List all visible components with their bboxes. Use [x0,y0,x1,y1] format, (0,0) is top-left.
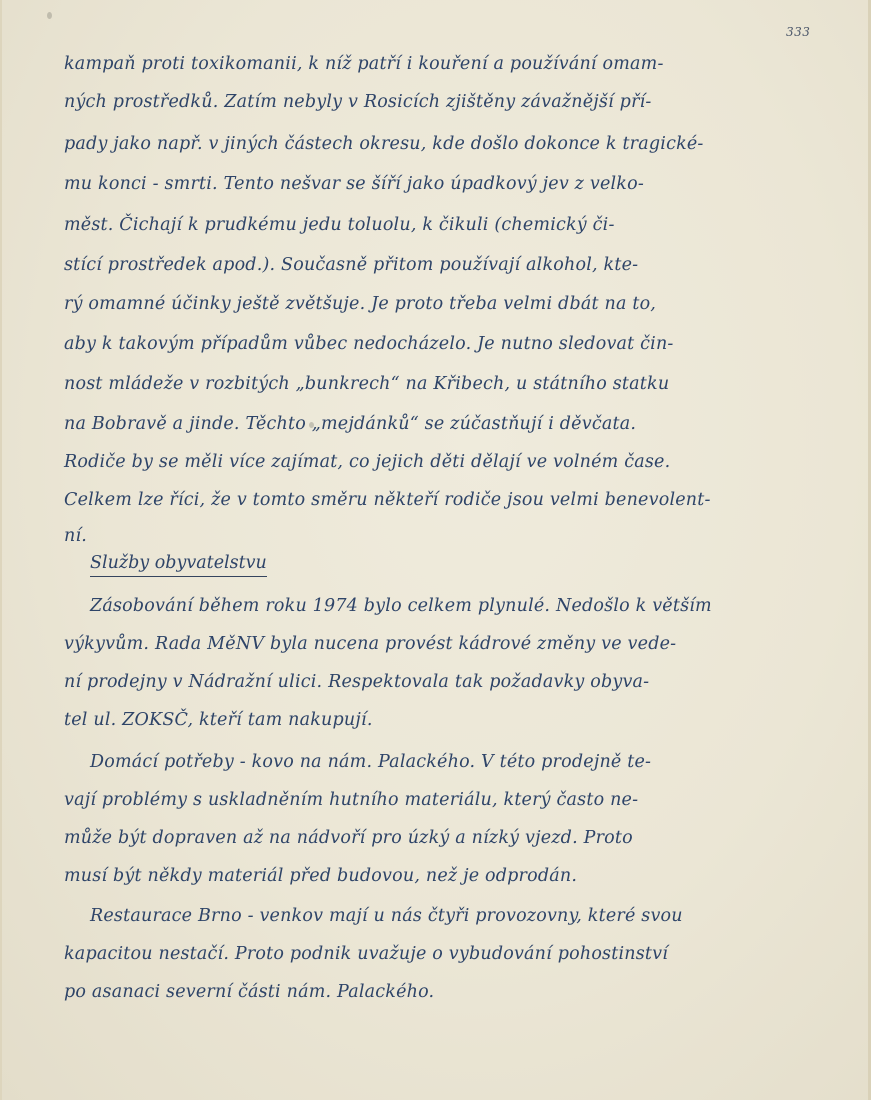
text-line: ní prodejny v Nádražní ulici. Respektova… [64,672,649,692]
text-line: vají problémy s uskladněním hutního mate… [64,790,638,810]
text-line: stící prostředek apod.). Současně přitom… [64,255,638,275]
text-line: musí být někdy materiál před budovou, ne… [64,866,577,886]
text-line: mu konci - smrti. Tento nešvar se šíří j… [64,174,644,194]
text-line: Zásobování během roku 1974 bylo celkem p… [90,596,712,616]
handwritten-chronicle-page: 333 kampaň proti toxikomanii, k níž patř… [0,0,871,1100]
text-line: na Bobravě a jinde. Těchto „mejdánků“ se… [64,414,636,434]
text-line: pady jako např. v jiných částech okresu,… [64,134,704,154]
section-heading: Služby obyvatelstvu [90,553,267,577]
text-line: výkyvům. Rada MěNV byla nucena provést k… [64,634,676,654]
text-line: po asanaci severní části nám. Palackého. [64,982,434,1002]
text-line: nost mládeže v rozbitých „bunkrech“ na K… [64,374,669,394]
text-line: ní. [64,526,87,546]
paper-spot [47,12,52,19]
text-line: měst. Čichají k prudkému jedu toluolu, k… [64,215,615,235]
text-line: aby k takovým případům vůbec nedocházelo… [64,334,674,354]
text-line: kampaň proti toxikomanii, k níž patří i … [64,54,664,74]
text-line: Restaurace Brno - venkov mají u nás čtyř… [90,906,683,926]
text-line: tel ul. ZOKSČ, kteří tam nakupují. [64,710,373,730]
text-line: kapacitou nestačí. Proto podnik uvažuje … [64,944,668,964]
text-line: může být dopraven až na nádvoří pro úzký… [64,828,633,848]
text-line: ných prostředků. Zatím nebyly v Rosicích… [64,92,652,112]
text-line: Celkem lze říci, že v tomto směru někteř… [64,490,711,510]
text-line: Rodiče by se měli více zajímat, co jejic… [64,452,670,472]
text-line: Domácí potřeby - kovo na nám. Palackého.… [90,752,651,772]
page-number: 333 [786,25,810,39]
text-line: rý omamné účinky ještě zvětšuje. Je prot… [64,294,656,314]
